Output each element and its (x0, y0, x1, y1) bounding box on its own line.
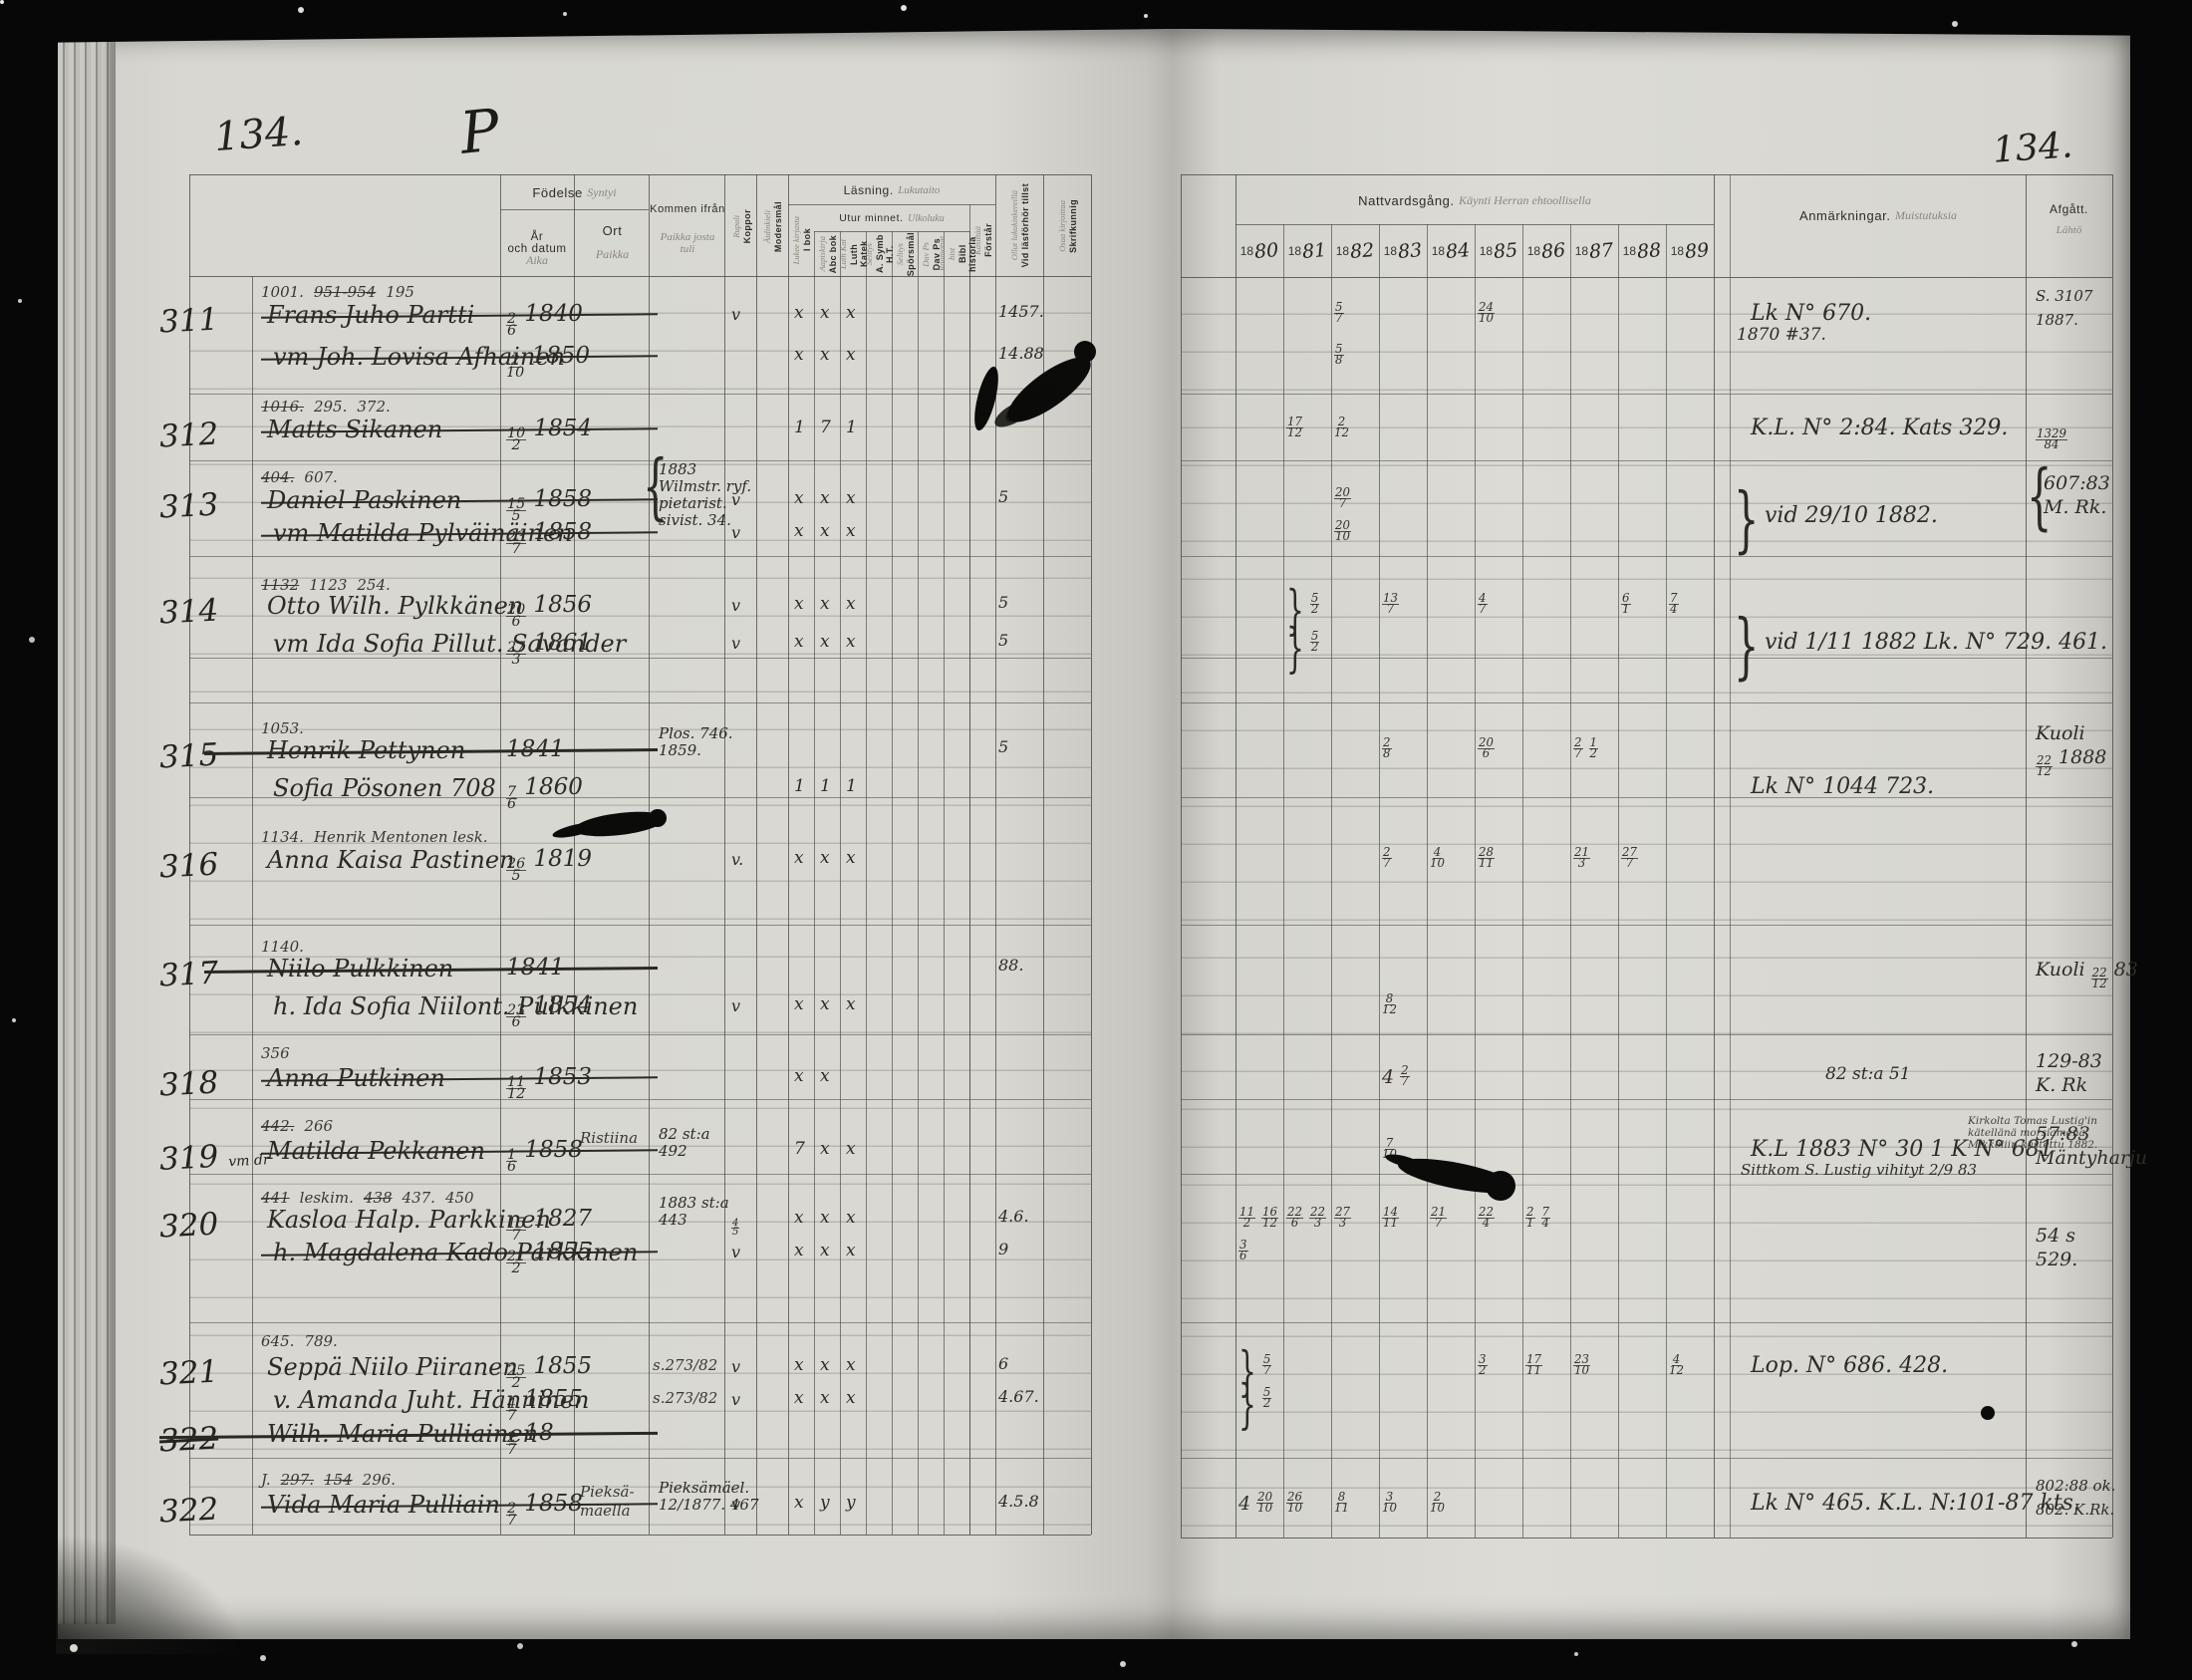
birth-date: 26 1840 (506, 301, 583, 338)
row-refs: 441leskim.438437.450 (261, 1189, 474, 1207)
reading-mark: 1 (820, 776, 831, 796)
ref-number: Henrik Mentonen lesk. (314, 828, 488, 846)
communion-entry: 36 (1238, 1241, 1248, 1260)
grid-hline (189, 1099, 1091, 1100)
reading-mark: x (820, 594, 830, 614)
header-forhor-fi: Ollut lukukinkereillä (1009, 190, 1019, 260)
year-printed: 18 (1288, 244, 1301, 258)
birth-date: 265 1819 (506, 846, 592, 883)
year-handwritten: 80 (1253, 238, 1279, 262)
ref-number: 1053. (261, 719, 304, 737)
ref-number: 297. (281, 1471, 314, 1489)
grid-hline (1181, 394, 2112, 395)
ref-number: 441 (261, 1189, 290, 1207)
anm-main: vid 29/10 1882. (1765, 503, 1938, 528)
grid-vline (918, 231, 919, 1535)
reading-mark: x (846, 1139, 856, 1159)
row-number: 319 vm dr (158, 1136, 270, 1178)
reading-mark: x (820, 994, 830, 1014)
header-las-6: Raamatun histBibl historia (944, 233, 969, 275)
kommen-entry: 443 (659, 1211, 687, 1229)
row-refs: 1001.951-954195 (261, 283, 414, 301)
kommen-entry: s.273/82 (653, 1356, 717, 1374)
grid-hline (1181, 925, 2112, 926)
row-refs: 1134.Henrik Mentonen lesk. (261, 828, 488, 846)
communion-entry: 812 (1382, 994, 1397, 1014)
year-printed: 18 (1432, 244, 1445, 258)
afg-entry: 57:83 (2036, 1123, 2090, 1145)
year-handwritten: 81 (1301, 238, 1327, 262)
communion-entry: 1411 (1382, 1208, 1399, 1228)
lasforhor-entry: 4.5.8 (998, 1492, 1039, 1511)
birth-date: 1841 (506, 736, 565, 762)
reading-mark: 1 (794, 776, 805, 796)
koppor-mark: v (731, 1390, 740, 1409)
header-modersmal: ÄidinkieliModersmål (756, 179, 788, 274)
communion-entry: 811 (1334, 1493, 1349, 1513)
reading-mark: x (820, 1241, 830, 1260)
header-koppor-sv: Koppor (742, 209, 752, 243)
header-las-0: Lukee kirjastaI bok (788, 206, 814, 274)
header-las-7: KäsittääFörstår (969, 206, 995, 274)
reading-mark: x (820, 488, 830, 508)
year-printed: 18 (1336, 244, 1349, 258)
reading-mark: x (846, 1388, 856, 1408)
header-year-1886: 1886 (1522, 224, 1570, 277)
grid-hline (1181, 174, 2112, 175)
row-refs: 645.789. (261, 1332, 338, 1350)
grid-vline (814, 231, 815, 1535)
lasforhor-entry: 88. (998, 956, 1023, 975)
kommen-entry: Plos. 746. (659, 724, 733, 742)
header-las-2: Luth KatLuth Katek (840, 233, 866, 275)
birth-date: 102 1854 (506, 416, 592, 452)
reading-mark: x (794, 345, 804, 365)
birth-date: 237 1858 (506, 519, 592, 556)
communion-entry: 137 (1382, 594, 1399, 614)
grid-hline (189, 556, 1091, 557)
communion-entry: 224 (1478, 1208, 1495, 1228)
grid-vline (892, 231, 893, 1535)
grid-hline (1181, 556, 2112, 557)
ref-number: 1140. (261, 938, 304, 956)
ref-number: 1134. (261, 828, 304, 846)
ref-number: 789. (304, 1332, 337, 1350)
birth-date: 236 1854 (506, 992, 592, 1029)
ort-entry: Ristiina (580, 1129, 638, 1147)
kommen-entry: 82 st:a (659, 1125, 710, 1143)
row-refs: 1140. (261, 938, 304, 956)
communion-entry: 27 (1382, 848, 1392, 868)
afg-entry: M. Rk. (2044, 496, 2106, 518)
row-number: 322 (158, 1420, 219, 1459)
kommen-entry: 12/1877. 467 (659, 1496, 758, 1514)
birth-date: 1841 (506, 955, 565, 980)
grid-vline (788, 174, 789, 1535)
communion-entry: 412 (1669, 1355, 1684, 1375)
afg-entry: Kuoli 2212 83 (2036, 959, 2138, 989)
reading-mark: x (794, 1241, 804, 1260)
header-modersmal-sv: Modersmål (773, 201, 783, 252)
row-refs: J.297.154296. (261, 1471, 396, 1489)
row-refs: 1053. (261, 719, 304, 737)
header-las-4-sv: Spörsmål (906, 232, 916, 276)
header-year-1882: 1882 (1331, 224, 1379, 277)
header-utur: Utur minnet. Ulkoluku (814, 205, 969, 231)
anm-main: vid 1/11 1882 Lk. N° 729. 461. (1765, 630, 2107, 655)
birth-date: 212 1855 (506, 1239, 592, 1275)
header-las-3-fi: Selitys (864, 243, 874, 265)
reading-mark: x (846, 1241, 856, 1260)
ref-number: 266 (304, 1117, 333, 1135)
afg-entry: 802. K.Rk. (2036, 1501, 2114, 1519)
ref-number: 438 (364, 1189, 393, 1207)
reading-mark: x (820, 1139, 830, 1159)
header-las-1-fi: Aapiskirja (817, 236, 827, 271)
ref-number: 1016. (261, 398, 304, 416)
afg-entry: 607:83 (2044, 472, 2110, 494)
communion-entry: 710 (1382, 1139, 1397, 1159)
communion-entry: 2010 (1334, 521, 1351, 541)
header-ort-fi: Paikka (574, 239, 651, 269)
grid-hline (189, 658, 1091, 659)
anm-main: Lop. N° 686. 428. (1751, 1353, 1948, 1378)
lasforhor-entry: 4.6. (998, 1207, 1029, 1226)
birth-date: 273 1861 (506, 630, 592, 667)
reading-mark: x (846, 848, 856, 868)
header-ar-fi: Aika (500, 245, 574, 275)
header-year-1885: 1885 (1475, 224, 1522, 277)
kommen-entry: 492 (659, 1142, 687, 1160)
grid-hline (1181, 1538, 2112, 1539)
header-las-3: SelitysA. Symb H.T. (866, 233, 892, 275)
lasforhor-entry: 5 (998, 631, 1008, 650)
afg-entry: 1887. (2036, 311, 2078, 329)
birth-date: 27 18 (506, 1420, 554, 1457)
reading-mark: x (846, 1208, 856, 1228)
grid-hline (1181, 797, 2112, 798)
header-year-1883: 1883 (1379, 224, 1427, 277)
grid-vline (1730, 174, 1731, 1538)
koppor-mark: v (731, 1243, 740, 1261)
grid-hline (1181, 702, 2112, 703)
year-handwritten: 89 (1684, 238, 1710, 262)
grid-vline (2026, 174, 2027, 1538)
kommen-entry: s.273/82 (653, 1389, 717, 1407)
header-modersmal-fi: Äidinkieli (762, 210, 772, 243)
ref-number: 437. (403, 1189, 435, 1207)
communion-entry: 112 1612 (1238, 1208, 1278, 1228)
header-koppor: RupuliKoppor (724, 179, 758, 274)
grid-hline (189, 925, 1091, 926)
communion-entry: 4 27 (1382, 1066, 1410, 1088)
year-handwritten: 83 (1397, 238, 1423, 262)
reading-mark: 7 (794, 1139, 805, 1159)
grid-hline (189, 1458, 1091, 1459)
communion-entry: 210 (1430, 1493, 1445, 1513)
birth-date: 1112 1853 (506, 1064, 592, 1101)
anm-main: Lk N° 465. K.L. N:101-87 kts. (1751, 1491, 2080, 1516)
ref-number: 450 (445, 1189, 474, 1207)
communion-entry: 1711 (1525, 1355, 1542, 1375)
row-number: 315 (158, 736, 219, 775)
grid-hline (189, 1034, 1091, 1035)
lasforhor-entry: 5 (998, 737, 1008, 756)
header-skrif-fi: Osaa kirjoittaa (1057, 200, 1067, 252)
grid-hline (189, 394, 1091, 395)
ledger-ruling (1181, 277, 2112, 1538)
reading-mark: x (820, 1208, 830, 1228)
row-refs: 404.607. (261, 468, 338, 486)
grid-hline (189, 460, 1091, 461)
afg-entry: Kuoli (2036, 722, 2085, 744)
row-number: 316 (158, 846, 219, 885)
reading-mark: x (794, 1208, 804, 1228)
row-refs: 442.266 (261, 1117, 333, 1135)
anm-brace: } (1734, 606, 1759, 689)
communion-entry: 21 74 (1525, 1208, 1550, 1228)
birth-date: 252 1855 (506, 1353, 592, 1390)
ref-number: 607. (304, 468, 337, 486)
ref-number: 356 (261, 1044, 290, 1062)
header-las-6-fi: Raamatun hist (937, 233, 957, 275)
communion-entry: 28 (1382, 738, 1392, 758)
anm-sub: Sittkom S. Lustig vihityt 2/9 83 (1741, 1161, 1977, 1179)
birth-date: 27 1858 (506, 1491, 583, 1528)
reading-mark: x (846, 994, 856, 1014)
reading-mark: x (846, 632, 856, 652)
grid-hline (189, 1535, 1091, 1536)
afg-entry: 132984 (2036, 420, 2067, 450)
header-kommen-fi: Paikka josta tuli (649, 217, 726, 269)
communion-entry: 2410 (1478, 303, 1495, 323)
lasforhor-entry: 6 (998, 1354, 1008, 1373)
row-number: 314 (158, 592, 219, 631)
communion-entry: 2811 (1478, 848, 1495, 868)
reading-mark: x (846, 345, 856, 365)
row-number: 313 (158, 486, 219, 525)
ref-number: 404. (261, 468, 294, 486)
grid-vline (840, 231, 841, 1535)
reading-mark: y (846, 1493, 856, 1513)
header-las-1-sv: Abc bok (828, 235, 838, 273)
communion-entry: 61 (1621, 594, 1631, 614)
ref-number: 296. (363, 1471, 396, 1489)
year-handwritten: 82 (1349, 238, 1375, 262)
header-year-1880: 1880 (1235, 224, 1283, 277)
communion-entry: 212 (1334, 418, 1349, 437)
row-number: 312 (158, 416, 219, 454)
birth-date: 47 1855 (506, 1386, 583, 1423)
row-number: 317 (158, 955, 219, 993)
ref-number: 951-954 (314, 283, 376, 301)
reading-mark: x (794, 1388, 804, 1408)
kommen-entry: sivist. 34. (659, 511, 731, 529)
header-las-2-fi: Luth Kat (838, 239, 848, 269)
grid-hline (1181, 1034, 2112, 1035)
page-curl-shadow (56, 1535, 245, 1654)
header-las-0-sv: I bok (802, 228, 812, 251)
reading-mark: x (794, 303, 804, 323)
communion-entry: 226 223 (1286, 1208, 1326, 1228)
communion-entry: 213 (1573, 848, 1590, 868)
communion-entry: 217 (1430, 1208, 1447, 1228)
ref-number: J. (261, 1471, 271, 1489)
header-las-7-fi: Käsittää (972, 226, 982, 255)
grid-hline (1181, 1099, 2112, 1100)
row-number: 318 (158, 1064, 219, 1103)
communion-entry: 27 12 (1573, 738, 1598, 758)
grid-vline (1618, 224, 1619, 1538)
kommen-entry: 1883 st:a (659, 1194, 729, 1212)
grid-hline (189, 276, 1091, 277)
reading-mark: x (820, 345, 830, 365)
grid-vline (944, 231, 945, 1535)
koppor-mark: v (731, 1357, 740, 1376)
reading-mark: x (794, 488, 804, 508)
anm-main: Lk N° 1044 723. (1751, 774, 1934, 799)
communion-entry: 57 (1334, 303, 1344, 323)
ref-number: leskim. (300, 1189, 354, 1207)
year-handwritten: 85 (1493, 238, 1518, 262)
koppor-mark: v (731, 634, 740, 653)
year-handwritten: 86 (1540, 238, 1566, 262)
grid-vline (995, 174, 996, 1535)
reading-mark: x (820, 632, 830, 652)
grid-vline (1522, 224, 1523, 1538)
communion-entry: 207 (1334, 488, 1351, 508)
grid-vline (724, 174, 725, 1535)
koppor-mark: v (731, 523, 740, 542)
header-year-1884: 1884 (1427, 224, 1475, 277)
row-number: 322 (158, 1491, 219, 1530)
header-year-1887: 1887 (1570, 224, 1618, 277)
grid-vline (756, 174, 757, 1535)
scanned-register-page: 134. P 134. Födelse SyntyiÅr och datum A… (0, 0, 2192, 1680)
koppor-mark: v (731, 1495, 740, 1514)
ref-number: 1001. (261, 283, 304, 301)
communion-entry: } 52 (1286, 632, 1319, 665)
header-las-1: AapiskirjaAbc bok (814, 233, 840, 275)
ref-number: 372. (357, 398, 390, 416)
header-afgatt-fi: Lähtö (2026, 219, 2112, 241)
birth-date: 155 1858 (506, 486, 592, 523)
birth-date: 157 1827 (506, 1206, 592, 1243)
grid-vline (969, 204, 970, 1535)
birth-date: 16 1858 (506, 1137, 583, 1174)
grid-vline (1091, 174, 1092, 1535)
reading-mark: x (794, 1493, 804, 1513)
koppor-mark: v (731, 596, 740, 615)
birth-date: 210 1850 (506, 343, 590, 380)
birth-date: 206 1856 (506, 592, 592, 629)
reading-mark: x (820, 1066, 830, 1086)
lasforhor-entry: 5 (998, 593, 1008, 612)
grid-hline (1181, 1322, 2112, 1323)
grid-hline (1181, 1458, 2112, 1459)
header-year-1888: 1888 (1618, 224, 1666, 277)
ort-entry: Pieksä- (580, 1483, 635, 1501)
year-printed: 18 (1623, 244, 1636, 258)
lasforhor-entry: 9 (998, 1240, 1008, 1259)
year-printed: 18 (1527, 244, 1540, 258)
grid-vline (1570, 224, 1571, 1538)
grid-vline (2112, 174, 2113, 1538)
communion-entry: 2310 (1573, 1355, 1590, 1375)
afg-entry: 2212 1888 (2036, 746, 2106, 777)
reading-mark: x (846, 1355, 856, 1375)
right-page-number: 134. (1992, 125, 2074, 170)
reading-mark: x (820, 1388, 830, 1408)
grid-vline (1331, 224, 1332, 1538)
reading-mark: 1 (794, 418, 805, 437)
page-stack-edge (58, 30, 116, 1624)
header-lasning: Läsning. Lukutaito (788, 176, 995, 204)
header-nattvardsgang: Nattvardsgång. Käynti Herran ehtoollisel… (1235, 179, 1714, 221)
afg-entry: Mäntyharju (2036, 1147, 2147, 1169)
grid-vline (1714, 174, 1715, 1538)
header-skrif-sv: Skrifkunnig (1068, 199, 1078, 253)
grid-vline (649, 174, 650, 1535)
header-afgatt: Afgått. (2026, 197, 2112, 221)
year-handwritten: 87 (1588, 238, 1614, 262)
header-las-7-sv: Förstår (983, 223, 993, 257)
reading-mark: x (794, 594, 804, 614)
grid-vline (1666, 224, 1667, 1538)
reading-mark: x (794, 994, 804, 1014)
year-printed: 18 (1240, 244, 1253, 258)
grid-vline (252, 276, 253, 1535)
grid-vline (1235, 174, 1236, 1538)
reading-mark: x (846, 521, 856, 541)
header-year-1881: 1881 (1283, 224, 1331, 277)
lasforhor-entry: 14.88 (998, 344, 1044, 363)
header-las-0-fi: Lukee kirjasta (791, 216, 801, 264)
koppor-mark: v (731, 305, 740, 324)
communion-entry: 1712 (1286, 418, 1303, 437)
header-las-5-fi: Dav Ps (921, 242, 931, 267)
afg-entry: 54 s (2036, 1225, 2075, 1247)
anm-brace: } (1734, 479, 1759, 562)
dust-specks (0, 0, 4, 4)
grid-vline (1043, 174, 1044, 1535)
ref-number: 154 (324, 1471, 353, 1489)
grid-vline (1475, 224, 1476, 1538)
grid-vline (1427, 224, 1428, 1538)
koppor-mark: 45 (731, 1210, 739, 1237)
communion-entry: 47 (1478, 594, 1488, 614)
afg-entry: 529. (2036, 1249, 2077, 1270)
reading-mark: x (820, 1355, 830, 1375)
year-printed: 18 (1384, 244, 1397, 258)
reading-mark: x (820, 521, 830, 541)
anm-sub: 1870 #37. (1737, 325, 1826, 345)
row-number: 311 (158, 301, 219, 340)
grid-vline (1181, 174, 1182, 1538)
anm-main: 82 st:a 51 (1825, 1064, 1911, 1084)
left-page-number: 134. (213, 109, 305, 160)
grid-vline (1283, 224, 1284, 1538)
communion-entry: 74 (1669, 594, 1679, 614)
reading-mark: x (846, 303, 856, 323)
communion-entry: 310 (1382, 1493, 1397, 1513)
kommen-entry: 1859. (659, 741, 701, 759)
grid-hline (189, 1322, 1091, 1323)
lasforhor-entry: 5 (998, 487, 1008, 506)
afg-entry: S. 3107 (2036, 287, 2092, 305)
grid-hline (189, 1174, 1091, 1175)
reading-mark: x (794, 632, 804, 652)
